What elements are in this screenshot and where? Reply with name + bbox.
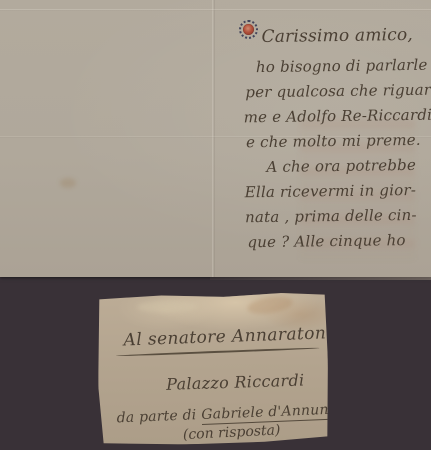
letter-line: per qualcosa che riguarda	[245, 78, 431, 106]
letter-photograph: Carissimo amico, ho bisogno di parlarle …	[0, 0, 431, 450]
sender-name: Gabriele d'Annunzio	[201, 401, 350, 425]
letter-line: e che molto mi preme.	[246, 128, 431, 156]
letter-line: Ella ricevermi in gior-	[245, 178, 431, 206]
letter-bottom-edge	[210, 277, 431, 280]
envelope-note: (con risposta)	[183, 422, 281, 443]
letter-line: A che ora potrebbe	[266, 153, 431, 180]
envelope-recipient: Al senatore Annaratone	[123, 323, 337, 350]
letter-sheet: Carissimo amico, ho bisogno di parlarle …	[0, 0, 431, 277]
letter-body: Carissimo amico, ho bisogno di parlarle …	[240, 23, 431, 256]
letter-line: nata , prima delle cin-	[245, 203, 431, 231]
letter-line: Carissimo amico,	[261, 23, 431, 50]
envelope-stain	[137, 300, 197, 313]
envelope-stain	[246, 294, 294, 317]
sender-prefix: da parte di	[116, 407, 196, 426]
letter-line: me e Adolfo Re-Riccardi,	[244, 103, 431, 131]
vertical-fold-crease	[212, 0, 215, 277]
top-fold-crease	[0, 9, 431, 11]
envelope-address: Palazzo Riccardi	[166, 371, 305, 394]
letter-line: ho bisogno di parlarle	[256, 53, 431, 80]
envelope: Al senatore Annaratone Palazzo Riccardi …	[97, 292, 329, 445]
letter-line: que ? Alle cinque ho	[247, 228, 431, 256]
paper-stain	[60, 178, 76, 188]
